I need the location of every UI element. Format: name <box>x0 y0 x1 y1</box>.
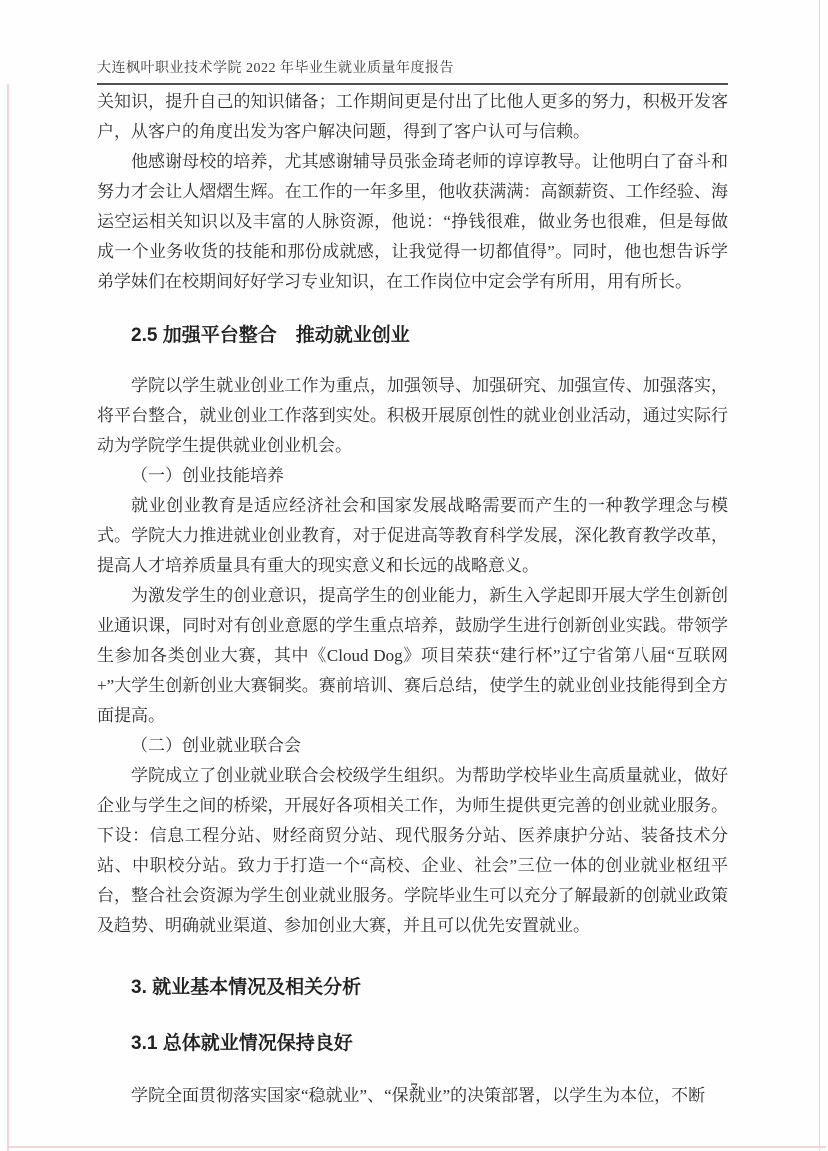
section-heading-3: 3. 就业基本情况及相关分析 <box>131 975 728 1001</box>
section-heading-3-1: 3.1 总体就业情况保持良好 <box>131 1031 728 1057</box>
paragraph-platform-integration: 学院以学生就业创业工作为重点，加强领导、加强研究、加强宣传、加强落实，将平台整合… <box>97 371 728 461</box>
page-footer: 7 <box>0 1080 828 1098</box>
document-content: 大连枫叶职业技术学院 2022 年毕业生就业质量年度报告 关知识，提升自己的知识… <box>97 57 728 1111</box>
page-number: 7 <box>410 1081 417 1097</box>
subsection-heading-skill-training: （一）创业技能培养 <box>97 461 728 491</box>
paragraph-knowledge-continuation: 关知识，提升自己的知识储备；工作期间更是付出了比他人更多的努力，积极开发客户，从… <box>97 87 728 147</box>
paragraph-federation-details: 学院成立了创业就业联合会校级学生组织。为帮助学校毕业生高质量就业，做好企业与学生… <box>97 761 728 941</box>
document-page: 大连枫叶职业技术学院 2022 年毕业生就业质量年度报告 关知识，提升自己的知识… <box>0 0 828 1151</box>
scan-edge-bottom <box>7 1146 826 1148</box>
page-header: 大连枫叶职业技术学院 2022 年毕业生就业质量年度报告 <box>97 57 728 85</box>
paragraph-competition-achievements: 为激发学生的创业意识，提高学生的创业能力，新生入学起即开展大学生创新创业通识课，… <box>97 581 728 731</box>
paragraph-entrepreneurship-education: 就业创业教育是适应经济社会和国家发展战略需要而产生的一种教学理念与模式。学院大力… <box>97 491 728 581</box>
scan-edge-left <box>7 84 9 1151</box>
scan-edge-right <box>819 0 820 1151</box>
paragraph-gratitude-story: 他感谢母校的培养，尤其感谢辅导员张金琦老师的谆谆教导。让他明白了奋斗和努力才会让… <box>97 147 728 297</box>
section-heading-2-5: 2.5 加强平台整合 推动就业创业 <box>131 323 728 349</box>
page-header-title: 大连枫叶职业技术学院 2022 年毕业生就业质量年度报告 <box>97 61 454 76</box>
subsection-heading-federation: （二）创业就业联合会 <box>97 731 728 761</box>
